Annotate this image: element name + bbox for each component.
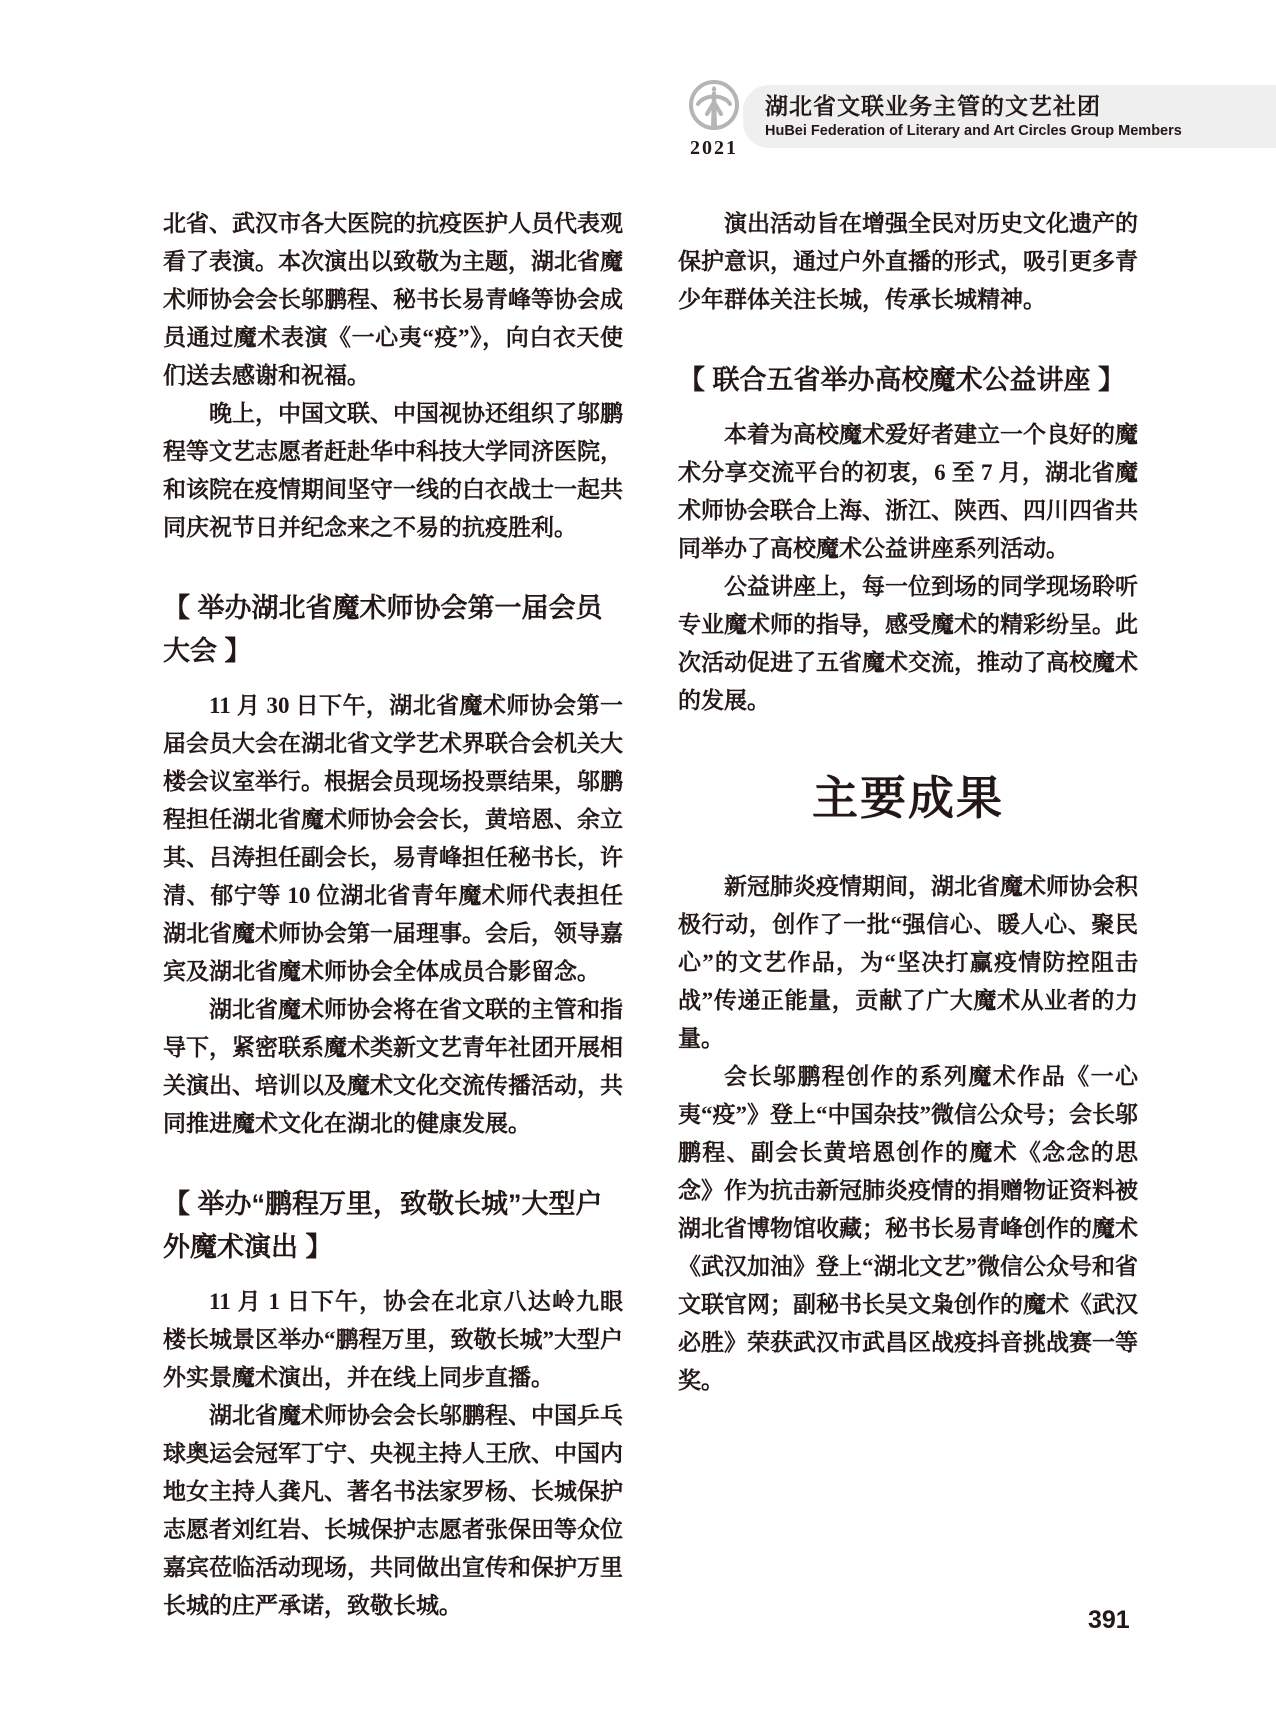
left-column: 北省、武汉市各大医院的抗疫医护人员代表观看了表演。本次演出以致敬为主题，湖北省魔…: [163, 205, 623, 1625]
paragraph: 11 月 30 日下午，湖北省魔术师协会第一届会员大会在湖北省文学艺术界联合会机…: [163, 687, 623, 991]
section-heading: 【 举办湖北省魔术师协会第一届会员大会 】: [163, 587, 623, 673]
header-band: 湖北省文联业务主管的文艺社团 HuBei Federation of Liter…: [743, 85, 1276, 148]
page-number: 391: [1088, 1606, 1130, 1635]
paragraph: 湖北省魔术师协会会长邬鹏程、中国乒乓球奥运会冠军丁宁、央视主持人王欣、中国内地女…: [163, 1397, 623, 1625]
federation-logo-icon: [686, 78, 742, 134]
paragraph: 湖北省魔术师协会将在省文联的主管和指导下，紧密联系魔术类新文艺青年社团开展相关演…: [163, 991, 623, 1143]
paragraph: 演出活动旨在增强全民对历史文化遗产的保护意识，通过户外直播的形式，吸引更多青少年…: [678, 205, 1138, 319]
paragraph: 晚上，中国文联、中国视协还组织了邬鹏程等文艺志愿者赶赴华中科技大学同济医院，和该…: [163, 395, 623, 547]
paragraph: 公益讲座上，每一位到场的同学现场聆听专业魔术师的指导，感受魔术的精彩纷呈。此次活…: [678, 568, 1138, 720]
major-results-heading: 主要成果: [678, 772, 1138, 824]
paragraph: 北省、武汉市各大医院的抗疫医护人员代表观看了表演。本次演出以致敬为主题，湖北省魔…: [163, 205, 623, 395]
header-title-en: HuBei Federation of Literary and Art Cir…: [765, 121, 1276, 141]
paragraph: 会长邬鹏程创作的系列魔术作品《一心夷“疫”》登上“中国杂技”微信公众号；会长邬鹏…: [678, 1058, 1138, 1400]
document-page: 2021 湖北省文联业务主管的文艺社团 HuBei Federation of …: [0, 0, 1276, 1719]
section-heading: 【 联合五省举办高校魔术公益讲座 】: [678, 359, 1138, 402]
header-year: 2021: [683, 137, 745, 160]
header-title-cn: 湖北省文联业务主管的文艺社团: [765, 93, 1276, 119]
right-column: 演出活动旨在增强全民对历史文化遗产的保护意识，通过户外直播的形式，吸引更多青少年…: [678, 205, 1138, 1400]
section-heading: 【 举办“鹏程万里，致敬长城”大型户外魔术演出 】: [163, 1183, 623, 1269]
paragraph: 本着为高校魔术爱好者建立一个良好的魔术分享交流平台的初衷，6 至 7 月，湖北省…: [678, 416, 1138, 568]
paragraph: 新冠肺炎疫情期间，湖北省魔术师协会积极行动，创作了一批“强信心、暖人心、聚民心”…: [678, 868, 1138, 1058]
content-columns: 北省、武汉市各大医院的抗疫医护人员代表观看了表演。本次演出以致敬为主题，湖北省魔…: [163, 205, 1138, 1625]
header-logo-block: 2021: [683, 78, 745, 160]
paragraph: 11 月 1 日下午，协会在北京八达岭九眼楼长城景区举办“鹏程万里，致敬长城”大…: [163, 1283, 623, 1397]
